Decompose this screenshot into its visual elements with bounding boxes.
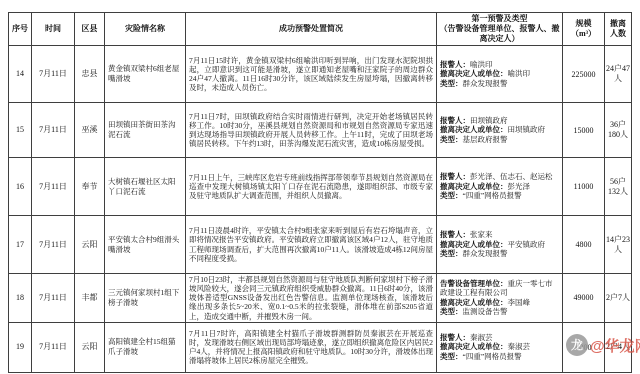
warning-reporter: 报警人：田坝镇政府 xyxy=(440,116,559,126)
row-summary: 7月11日15时许，黄金镇双梁村6组喻洪印听到异响，出门发现水泥院坝拱起，立即意… xyxy=(186,46,437,103)
row-index: 16 xyxy=(9,158,32,216)
row-summary: 7月11日凌晨4时许，平安镇太合村9组张家来听到屋后有岩石垮塌声音，立即将情况报… xyxy=(186,216,437,274)
row-scale: 225000 xyxy=(563,46,605,103)
row-scale: 49000 xyxy=(563,274,605,323)
table-row: 17 7月11日 云阳 平安镇太合村9组滑头嘴滑坡 7月11日凌晨4时许，平安镇… xyxy=(9,216,632,274)
header-index: 序号 xyxy=(9,13,32,46)
row-summary: 7月11日7时许，高阳镇建全村猫爪子滑坡群测群防员秦淑芸在开展巡查时，发现滑坡右… xyxy=(186,322,437,372)
row-summary: 7月11日7时，田坝镇政府结合实时雨情进行研判，决定开始老场镇居民转移工作。10… xyxy=(186,103,437,158)
row-scale: 15000 xyxy=(563,103,605,158)
row-county: 云阳 xyxy=(75,322,105,372)
warning-decider: 撤离决定人或单位：李国峰 xyxy=(440,298,559,308)
row-date: 7月11日 xyxy=(32,274,75,323)
row-first-warning: 报警人：彭光泽、伍志石、赵运松 撤离决定人或单位：彭光泽 类型：“四重”网格员报… xyxy=(437,158,563,216)
row-index: 15 xyxy=(9,103,32,158)
table-row: 18 7月11日 丰都 三元镇何家坝村1组下榜子滑坡 7月10日23时，丰都县规… xyxy=(9,274,632,323)
row-county: 云阳 xyxy=(75,216,105,274)
header-first-warning-sub: （告警设备管理单位、报警人、撤离决定人） xyxy=(439,24,560,44)
row-first-warning: 报警人：张家来 撤离决定人或单位：平安镇政府 类型：群众发现报警 xyxy=(437,216,563,274)
warning-type: 类型：“四重”网格员报警 xyxy=(440,352,559,362)
row-evacuated: 14户23人 xyxy=(605,216,632,274)
row-evacuated: 36户180人 xyxy=(605,103,632,158)
row-county: 忠县 xyxy=(75,46,105,103)
row-scale: 4200 xyxy=(563,322,605,372)
header-scale-unit: （m³） xyxy=(565,29,602,39)
warning-reporter: 报警人：彭光泽、伍志石、赵运松 xyxy=(440,172,559,182)
disaster-warning-table-document: 序号 时间 区县 灾险情名称 成功预警处置简况 第一预警及类型 （告警设备管理单… xyxy=(8,12,632,373)
header-scale-title: 规模 xyxy=(565,19,602,29)
warning-decider: 撤离决定人或单位：秦淑芸 xyxy=(440,342,559,352)
row-hazard-name: 田坝镇田茶街田茶沟泥石流 xyxy=(105,103,186,158)
header-first-warning-title: 第一预警及类型 xyxy=(439,14,560,24)
row-date: 7月11日 xyxy=(32,322,75,372)
row-index: 18 xyxy=(9,274,32,323)
row-date: 7月11日 xyxy=(32,158,75,216)
table-row: 19 7月11日 云阳 高阳镇建全村15组猫爪子滑坡 7月11日7时许，高阳镇建… xyxy=(9,322,632,372)
table-header-row: 序号 时间 区县 灾险情名称 成功预警处置简况 第一预警及类型 （告警设备管理单… xyxy=(9,13,632,46)
successful-warning-cases-table: 序号 时间 区县 灾险情名称 成功预警处置简况 第一预警及类型 （告警设备管理单… xyxy=(8,12,632,373)
warning-device-manager: 告警设备管理单位：重庆一零七市政建设工程有限公司 xyxy=(440,279,559,298)
warning-type: 类型：监测设备告警 xyxy=(440,307,559,317)
row-summary: 7月10日23时，丰都县规划自然资源局与驻守地质队判断何家坝村下榜子滑坡风险较大… xyxy=(186,274,437,323)
warning-decider: 撤离决定人或单位：彭光泽 xyxy=(440,182,559,192)
table-row: 15 7月11日 巫溪 田坝镇田茶街田茶沟泥石流 7月11日7时，田坝镇政府结合… xyxy=(9,103,632,158)
warning-reporter: 报警人：秦淑芸 xyxy=(440,333,559,343)
warning-decider: 撤离决定人或单位：平安镇政府 xyxy=(440,240,559,250)
warning-reporter: 报警人：张家来 xyxy=(440,230,559,240)
row-evacuated: 2户7人 xyxy=(605,274,632,323)
row-date: 7月11日 xyxy=(32,46,75,103)
table-row: 14 7月11日 忠县 黄金镇双梁村6组老屋嘴滑坡 7月11日15时许，黄金镇双… xyxy=(9,46,632,103)
row-scale: 11000 xyxy=(563,158,605,216)
row-first-warning: 告警设备管理单位：重庆一零七市政建设工程有限公司 撤离决定人或单位：李国峰 类型… xyxy=(437,274,563,323)
row-index: 17 xyxy=(9,216,32,274)
header-county: 区县 xyxy=(75,13,105,46)
warning-decider: 撤离决定人或单位：喻洪印 xyxy=(440,69,559,79)
header-summary: 成功预警处置简况 xyxy=(186,13,437,46)
row-evacuated: 24户47人 xyxy=(605,46,632,103)
header-first-warning: 第一预警及类型 （告警设备管理单位、报警人、撤离决定人） xyxy=(437,13,563,46)
header-hazard-name: 灾险情名称 xyxy=(105,13,186,46)
row-first-warning: 报警人：田坝镇政府 撤离决定人或单位：田坝镇政府 类型：基层政府报警 xyxy=(437,103,563,158)
row-hazard-name: 三元镇何家坝村1组下榜子滑坡 xyxy=(105,274,186,323)
row-index: 14 xyxy=(9,46,32,103)
row-hazard-name: 平安镇太合村9组滑头嘴滑坡 xyxy=(105,216,186,274)
warning-type: 类型：群众发现报警 xyxy=(440,79,559,89)
warning-decider: 撤离决定人或单位：田坝镇政府 xyxy=(440,125,559,135)
warning-type: 类型：群众发现报警 xyxy=(440,249,559,259)
row-first-warning: 报警人：喻洪印 撤离决定人或单位：喻洪印 类型：群众发现报警 xyxy=(437,46,563,103)
row-first-warning: 报警人：秦淑芸 撤离决定人或单位：秦淑芸 类型：“四重”网格员报警 xyxy=(437,322,563,372)
row-hazard-name: 高阳镇建全村15组猫爪子滑坡 xyxy=(105,322,186,372)
row-hazard-name: 黄金镇双梁村6组老屋嘴滑坡 xyxy=(105,46,186,103)
row-date: 7月11日 xyxy=(32,103,75,158)
row-scale: 4800 xyxy=(563,216,605,274)
header-scale: 规模 （m³） xyxy=(563,13,605,46)
row-evacuated: 56户132人 xyxy=(605,158,632,216)
header-evacuated: 撤离人数 xyxy=(605,13,632,46)
header-time: 时间 xyxy=(32,13,75,46)
row-summary: 7月11日上午，三峡库区危岩专班前线指挥部带领奉节县规划自然资源局在巡查中发现大… xyxy=(186,158,437,216)
row-index: 19 xyxy=(9,322,32,372)
row-evacuated: 2户4人 xyxy=(605,322,632,372)
warning-type: 类型：“四重”网格员报警 xyxy=(440,191,559,201)
table-row: 16 7月11日 奉节 大树镇石堰社区太阳丫口泥石流 7月11日上午，三峡库区危… xyxy=(9,158,632,216)
row-hazard-name: 大树镇石堰社区太阳丫口泥石流 xyxy=(105,158,186,216)
warning-type: 类型：基层政府报警 xyxy=(440,135,559,145)
warning-reporter: 报警人：喻洪印 xyxy=(440,60,559,70)
row-county: 巫溪 xyxy=(75,103,105,158)
row-date: 7月11日 xyxy=(32,216,75,274)
row-county: 丰都 xyxy=(75,274,105,323)
row-county: 奉节 xyxy=(75,158,105,216)
